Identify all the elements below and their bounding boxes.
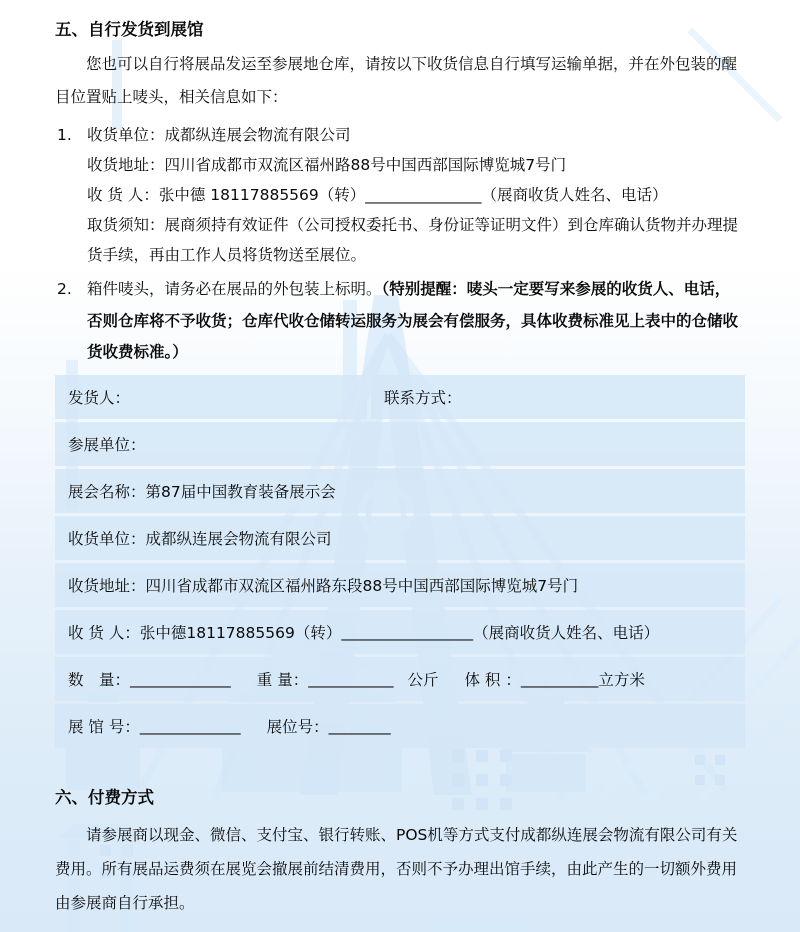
fill-in-blank: _______________ bbox=[365, 186, 481, 204]
table-row-hall-booth: 展 馆 号：_____________ 展位号：________ bbox=[55, 704, 745, 748]
fill-in-blank: ___________ bbox=[308, 670, 393, 688]
fill-in-blank: _________________ bbox=[341, 623, 473, 641]
fill-in-blank: ________ bbox=[329, 717, 391, 735]
contact-cell: 联系方式： bbox=[371, 375, 745, 419]
list-item-2-number: 2. bbox=[57, 274, 72, 306]
list-item-1: 1. 收货单位：成都纵连展会物流有限公司 收货地址：四川省成都市双流区福州路88… bbox=[55, 120, 745, 270]
shipper-label: 发货人： bbox=[68, 386, 130, 408]
exhibition-name-value: 第87届中国教育装备展示会 bbox=[146, 480, 336, 502]
receiver-person-prefix: 收 货 人：张中德 18117885569（转） bbox=[87, 186, 365, 204]
exhibition-name-label: 展会名称： bbox=[68, 480, 146, 502]
shipper-cell: 发货人： bbox=[55, 375, 367, 419]
quantity-label: 数 量： bbox=[68, 668, 130, 690]
section5-intro: 您也可以自行将展品发运至参展地仓库，请按以下收货信息自行填写运输单据，并在外包装… bbox=[55, 48, 745, 114]
booth-number-label: 展位号： bbox=[267, 715, 329, 737]
table-row-receiver-address: 收货地址：四川省成都市双流区福州路东段88号中国西部国际博览城7号门 bbox=[55, 563, 745, 607]
list-item-1-number: 1. bbox=[57, 120, 72, 150]
receiver-person-table-suffix: （展商收货人姓名、电话） bbox=[473, 621, 659, 643]
table-row-receiver-unit: 收货单位：成都纵连展会物流有限公司 bbox=[55, 516, 745, 560]
fill-in-blank: _____________ bbox=[140, 717, 241, 735]
shipping-info-table: 发货人： 联系方式： 参展单位： 展会名称：第87届中国教育装备展示会 收货单位… bbox=[55, 375, 745, 748]
receiver-person-line: 收 货 人：张中德 18117885569（转）_______________（… bbox=[87, 180, 745, 210]
receiver-unit-line: 收货单位：成都纵连展会物流有限公司 bbox=[87, 120, 745, 150]
volume-label: 体 积 ： bbox=[464, 668, 520, 690]
fill-in-blank: __________ bbox=[521, 670, 599, 688]
exhibitor-label: 参展单位： bbox=[68, 433, 146, 455]
shipping-mark-line: 箱件唛头，请务必在展品的外包装上标明。（特别提醒：唛头一定要写来参展的收货人、电… bbox=[87, 274, 745, 369]
receiver-person-table-prefix: 收 货 人：张中德18117885569（转） bbox=[68, 621, 341, 643]
list-item-2: 2. 箱件唛头，请务必在展品的外包装上标明。（特别提醒：唛头一定要写来参展的收货… bbox=[55, 274, 745, 369]
shipping-mark-normal: 箱件唛头，请务必在展品的外包装上标明。 bbox=[87, 280, 382, 298]
volume-unit: 立方米 bbox=[598, 668, 645, 690]
section5-heading: 五、自行发货到展馆 bbox=[55, 20, 745, 40]
table-row-receiver-person: 收 货 人：张中德18117885569（转）_________________… bbox=[55, 610, 745, 654]
receiver-address-label: 收货地址： bbox=[68, 574, 146, 596]
fill-in-blank: _____________ bbox=[130, 670, 231, 688]
contact-label: 联系方式： bbox=[384, 386, 462, 408]
table-row-exhibitor: 参展单位： bbox=[55, 422, 745, 466]
receiver-unit-value: 成都纵连展会物流有限公司 bbox=[146, 527, 332, 549]
section6-heading: 六、付费方式 bbox=[55, 788, 745, 808]
pickup-notice-line: 取货须知：展商须持有效证件（公司授权委托书、身份证等证明文件）到仓库确认货物并办… bbox=[87, 210, 745, 270]
table-row-exhibition-name: 展会名称：第87届中国教育装备展示会 bbox=[55, 469, 745, 513]
weight-unit: 公斤 bbox=[407, 668, 438, 690]
receiver-unit-label: 收货单位： bbox=[68, 527, 146, 549]
document-page: 五、自行发货到展馆 您也可以自行将展品发运至参展地仓库，请按以下收货信息自行填写… bbox=[0, 20, 800, 920]
hall-number-label: 展 馆 号： bbox=[68, 715, 140, 737]
receiver-person-suffix: （展商收货人姓名、电话） bbox=[482, 186, 668, 204]
table-row-qty-weight-volume: 数 量：_____________ 重 量：___________ 公斤 体 积… bbox=[55, 657, 745, 701]
weight-label: 重 量： bbox=[257, 668, 308, 690]
receiver-address-value: 四川省成都市双流区福州路东段88号中国西部国际博览城7号门 bbox=[146, 574, 579, 596]
section6-body: 请参展商以现金、微信、支付宝、银行转账、POS机等方式支付成都纵连展会物流有限公… bbox=[55, 818, 745, 920]
receiver-address-line: 收货地址：四川省成都市双流区福州路88号中国西部国际博览城7号门 bbox=[87, 150, 745, 180]
table-row-shipper-contact: 发货人： 联系方式： bbox=[55, 375, 745, 419]
